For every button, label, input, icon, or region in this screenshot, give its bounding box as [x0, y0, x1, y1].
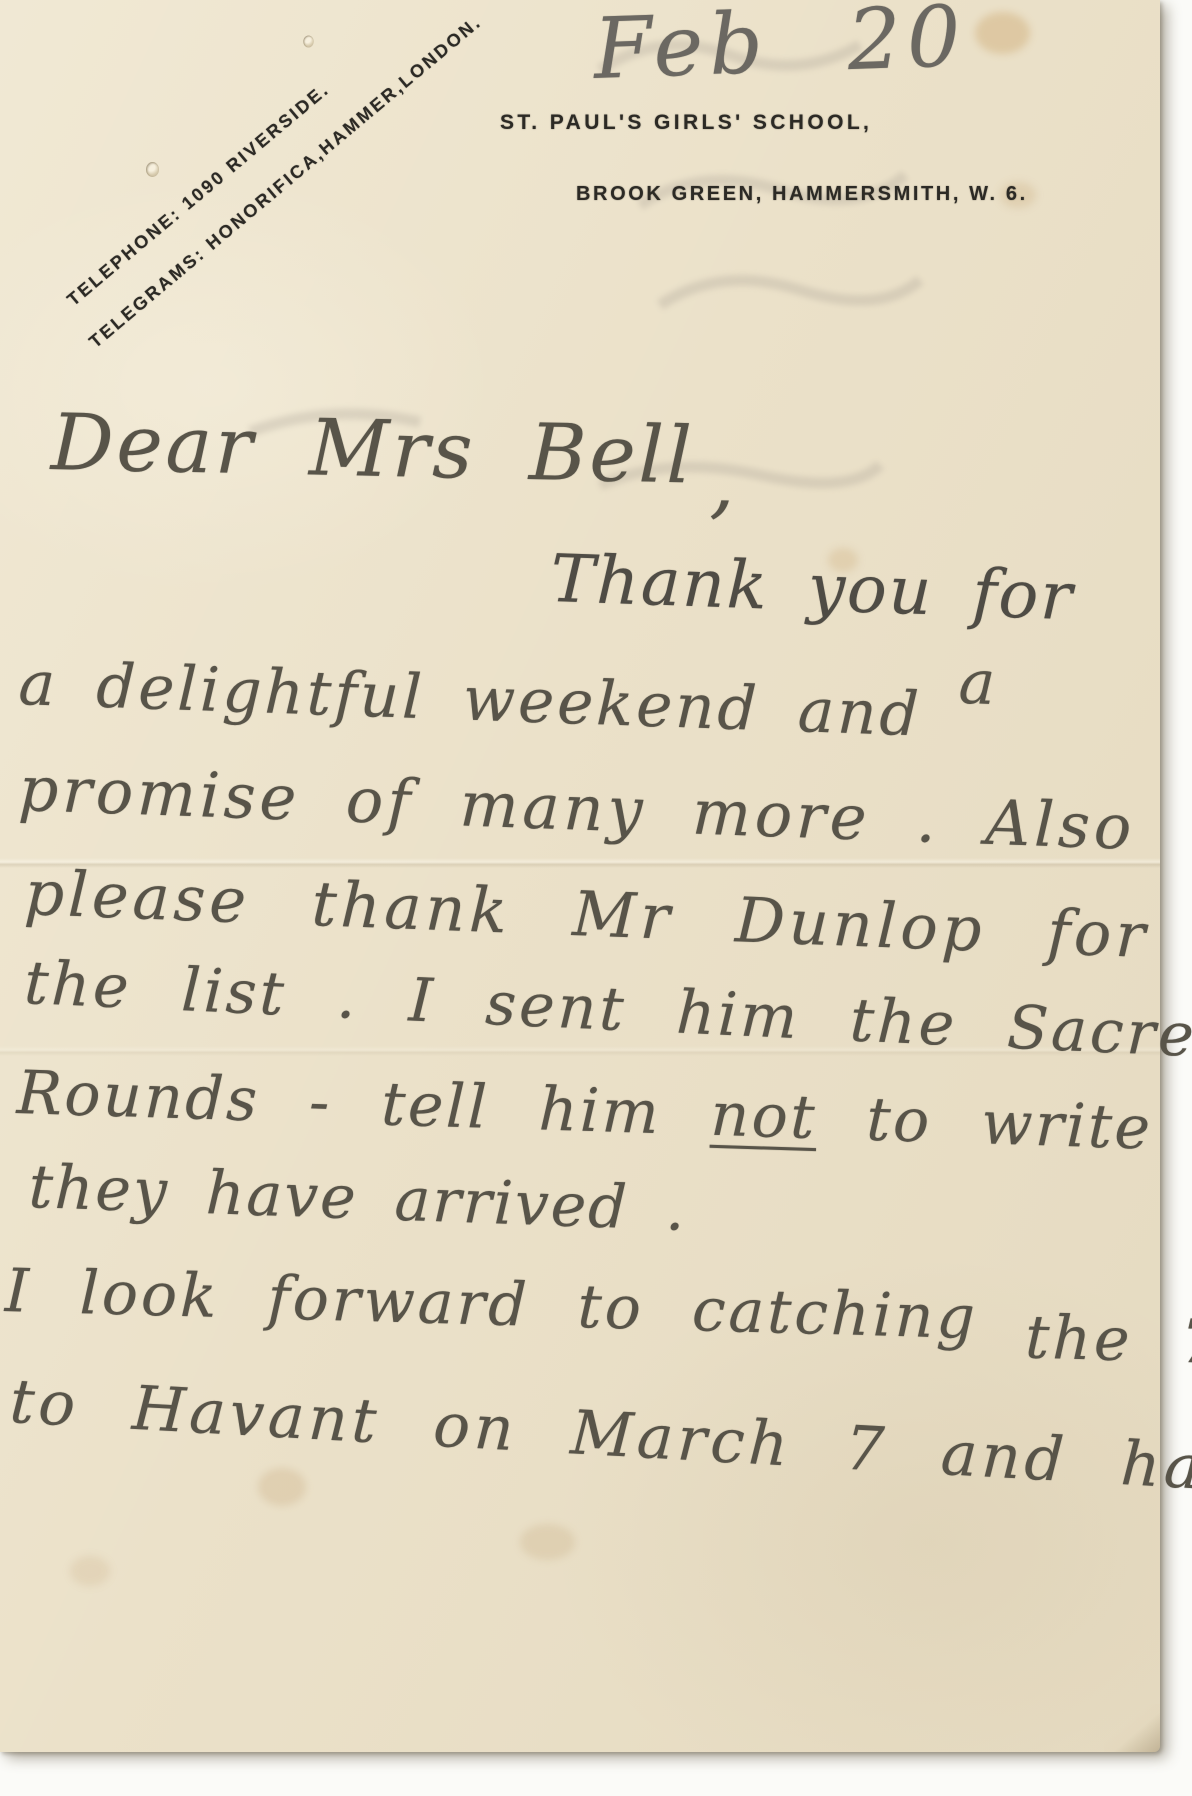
body-line-weekend-tail: a	[958, 647, 1000, 719]
paper-stain	[70, 1556, 110, 1586]
body-line-rounds-post: to write if	[816, 1083, 1192, 1167]
pin-hole	[146, 162, 159, 177]
paper-stain	[520, 1524, 575, 1560]
scanned-letter: TELEPHONE: 1090 RIVERSIDE. TELEGRAMS: HO…	[0, 0, 1192, 1796]
body-line-rounds-underlined-word: not	[710, 1080, 819, 1153]
pin-hole	[303, 36, 313, 48]
salutation-line: Dear Mrs Bell,	[50, 398, 739, 502]
letterhead-address: BROOK GREEN, HAMMERSMITH, W. 6.	[576, 183, 1028, 206]
paper-stain	[975, 12, 1030, 54]
letterhead-school-name: ST. PAUL'S GIRLS' SCHOOL,	[500, 111, 872, 135]
handwritten-date: Feb 20	[592, 0, 968, 98]
letter-paper: TELEPHONE: 1090 RIVERSIDE. TELEGRAMS: HO…	[0, 0, 1160, 1752]
corner-fold	[1104, 1704, 1160, 1752]
paper-stain	[258, 1468, 306, 1506]
body-line-catching-tail: the 7.30	[1024, 1303, 1192, 1381]
salutation-text: Dear Mrs Bell	[50, 398, 695, 501]
salutation-comma: ,	[709, 438, 739, 529]
